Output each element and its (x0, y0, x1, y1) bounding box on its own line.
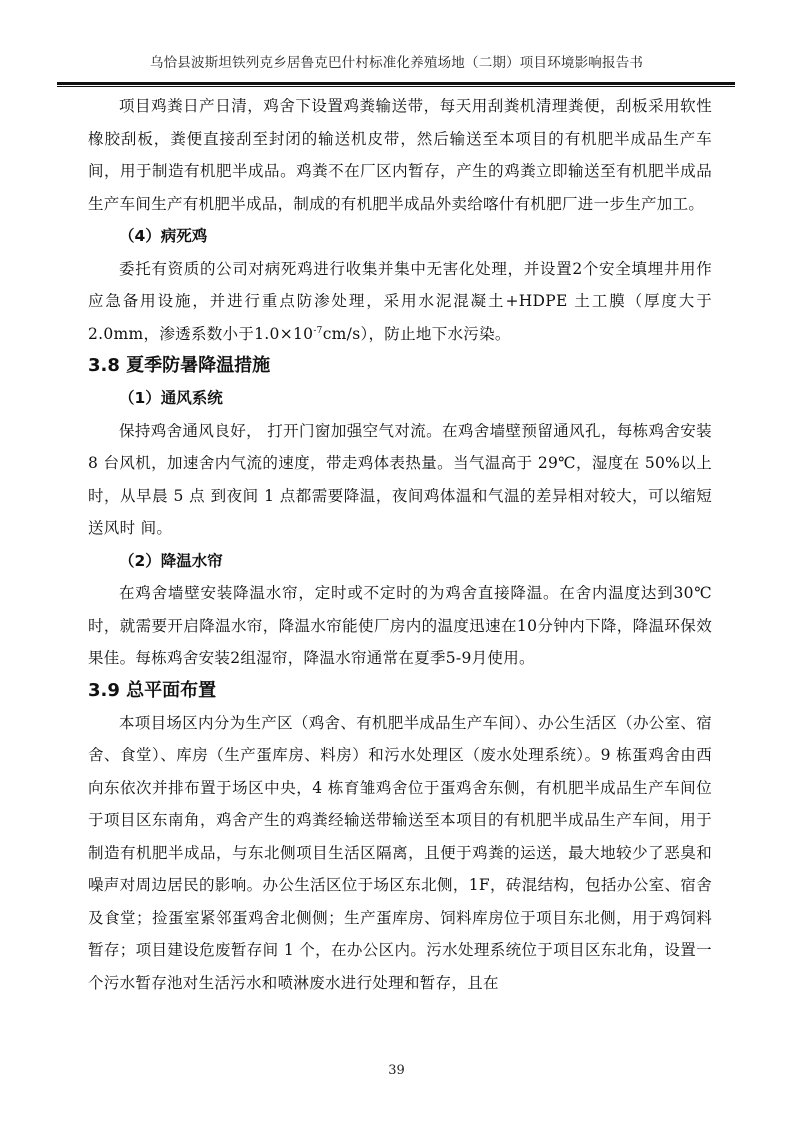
paragraph-site-layout: 本项目场区内分为生产区（鸡舍、有机肥半成品生产车间）、办公生活区（办公室、宿舍、… (88, 707, 712, 1000)
subheading-ventilation: （1）通风系统 (88, 382, 712, 415)
subheading-cooling-curtain: （2）降温水帘 (88, 545, 712, 578)
page-number: 39 (0, 1063, 793, 1078)
subheading-dead-chickens: （4）病死鸡 (88, 220, 712, 253)
section-heading-3-9: 3.9 总平面布置 (88, 675, 712, 707)
section-heading-3-8: 3.8 夏季防暑降温措施 (88, 350, 712, 382)
paragraph-manure-handling: 项目鸡粪日产日清，鸡舍下设置鸡粪输送带，每天用刮粪机清理粪便，刮板采用软性橡胶刮… (88, 90, 712, 220)
page-body: 项目鸡粪日产日清，鸡舍下设置鸡粪输送带，每天用刮粪机清理粪便，刮板采用软性橡胶刮… (88, 90, 712, 999)
running-header: 乌恰县波斯坦铁列克乡居鲁克巴什村标准化养殖场地（二期）项目环境影响报告书 (0, 51, 793, 71)
header-rule-thin (57, 86, 735, 87)
paragraph-dead-chickens: 委托有资质的公司对病死鸡进行收集并集中无害化处理，并设置2个安全填埋井用作应急备… (88, 253, 712, 351)
paragraph-dead-chickens-text-b: cm/s），防止地下水污染。 (323, 325, 511, 343)
header-rule (57, 82, 735, 87)
paragraph-ventilation: 保持鸡舍通风良好， 打开门窗加强空气对流。在鸡舍墙壁预留通风孔，每栋鸡舍安装 8… (88, 415, 712, 545)
exponent: -7 (313, 325, 322, 335)
paragraph-cooling-curtain: 在鸡舍墙壁安装降温水帘，定时或不定时的为鸡舍直接降温。在舍内温度达到30℃时，就… (88, 577, 712, 675)
